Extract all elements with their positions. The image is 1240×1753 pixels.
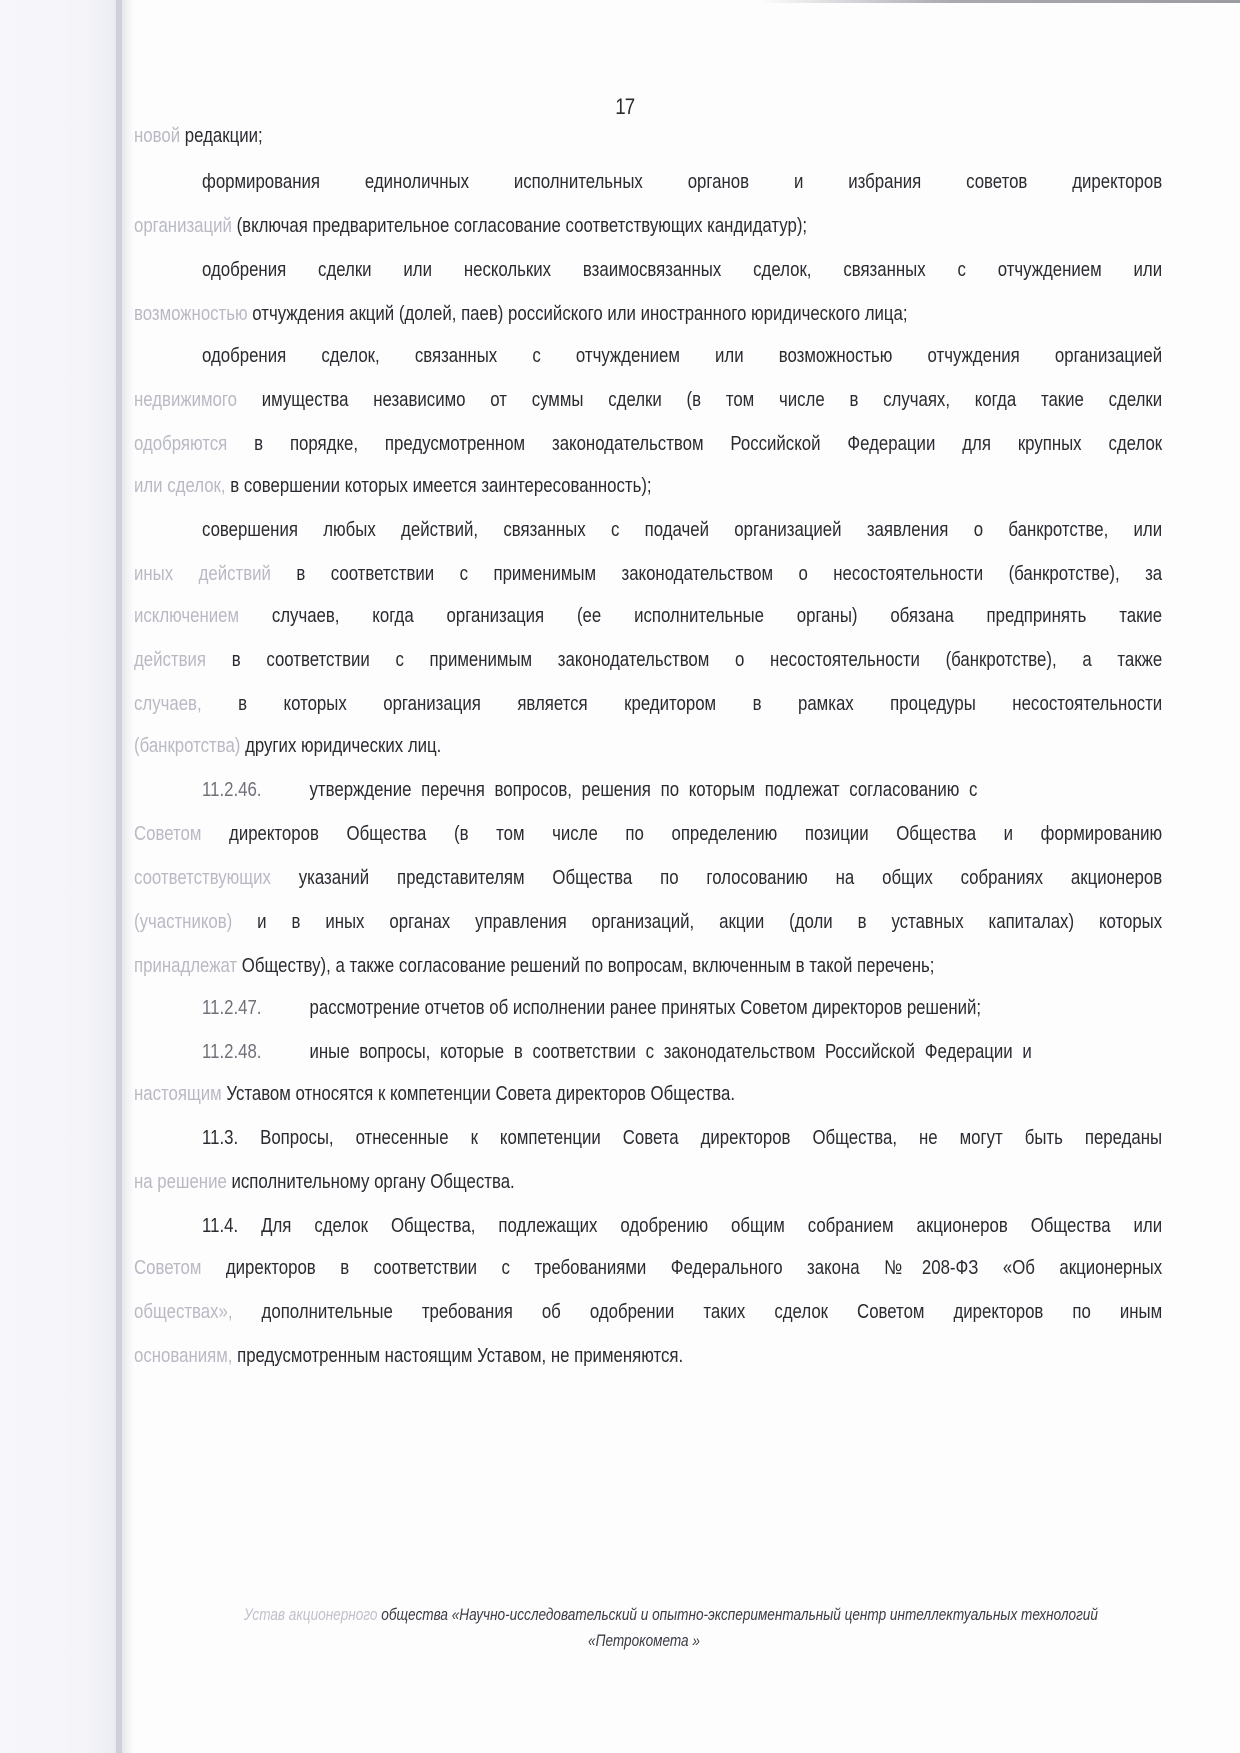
faded-text: исключением (134, 605, 239, 627)
line-text: в которых организация является кредиторо… (202, 693, 1163, 715)
faded-text: недвижимого (134, 389, 237, 411)
faded-text: иных действий (134, 563, 271, 585)
text-line: обществах», дополнительные требования об… (134, 1300, 1162, 1324)
faded-text: или сделок, (134, 475, 226, 497)
text-line: или сделок, в совершении которых имеется… (134, 474, 998, 498)
line-text: редакции; (180, 125, 263, 147)
faded-text: одобряются (134, 433, 227, 455)
text-line: формирования единоличных исполнительных … (202, 170, 1162, 194)
line-text: иные вопросы, которые в соответствии с з… (310, 1041, 1032, 1063)
text-line: недвижимого имущества независимо от сумм… (134, 388, 1162, 412)
text-line: одобрения сделки или нескольких взаимосв… (202, 258, 1162, 282)
line-text: предусмотренным настоящим Уставом, не пр… (232, 1345, 683, 1367)
faded-text: действия (134, 649, 206, 671)
line-text: отчуждения акций (долей, паев) российско… (248, 303, 908, 325)
text-line: исключением случаев, когда организация (… (134, 604, 1162, 628)
line-text: директоров в соответствии с требованиями… (201, 1257, 1162, 1279)
text-line: соответствующих указаний представителям … (134, 866, 1162, 890)
line-text: совершения любых действий, связанных с п… (202, 519, 1162, 541)
text-line: Советом директоров в соответствии с треб… (134, 1256, 1162, 1280)
text-line: случаев, в которых организация является … (134, 692, 1162, 716)
faded-text: основаниям, (134, 1345, 232, 1367)
line-text: в порядке, предусмотренном законодательс… (227, 433, 1162, 455)
line-text: случаев, когда организация (ее исполните… (239, 605, 1162, 627)
faded-text: Советом (134, 1257, 201, 1279)
text-line: иных действий в соответствии с применимы… (134, 562, 1162, 586)
faded-text: Советом (134, 823, 201, 845)
text-line: принадлежат Обществу), а также согласова… (134, 954, 998, 978)
footer-line-2: «Петрокомета » (244, 1630, 1044, 1652)
footer-line-1: Устав акционерного общества «Научно-иссл… (244, 1604, 1044, 1626)
line-text: формирования единоличных исполнительных … (202, 171, 1162, 193)
clause-number: 11.2.46. (202, 778, 310, 802)
line-text: Обществу), а также согласование решений … (237, 955, 934, 977)
text-line: одобряются в порядке, предусмотренном за… (134, 432, 1162, 456)
line-text: в совершении которых имеется заинтересов… (226, 475, 652, 497)
clause-number: 11.2.48. (202, 1040, 310, 1064)
line-text: 11.4. Для сделок Общества, подлежащих од… (202, 1215, 1162, 1237)
line-text: дополнительные требования об одобрении т… (233, 1301, 1163, 1323)
line-text: в соответствии с применимым законодатель… (271, 563, 1162, 585)
line-text: других юридических лиц. (240, 735, 441, 757)
text-line: действия в соответствии с применимым зак… (134, 648, 1162, 672)
text-line: настоящим Уставом относятся к компетенци… (134, 1082, 998, 1106)
line-text: Уставом относятся к компетенции Совета д… (222, 1083, 735, 1105)
text-line: (банкротства) других юридических лиц. (134, 734, 998, 758)
page-number: 17 (98, 94, 1152, 120)
faded-text: (банкротства) (134, 735, 240, 757)
text-line: (участников) и в иных органах управления… (134, 910, 1162, 934)
text-line: на решение исполнительному органу Общест… (134, 1170, 998, 1194)
line-text: имущества независимо от суммы сделки (в … (237, 389, 1162, 411)
footer-line-1-faded: Устав акционерного (244, 1605, 377, 1624)
faded-text: на решение (134, 1171, 227, 1193)
faded-text: (участников) (134, 911, 232, 933)
line-text: 11.3. Вопросы, отнесенные к компетенции … (202, 1127, 1162, 1149)
faded-text: соответствующих (134, 867, 271, 889)
text-line: новой редакции; (134, 124, 998, 148)
line-text: одобрения сделок, связанных с отчуждение… (202, 345, 1162, 367)
text-line: возможностью отчуждения акций (долей, па… (134, 302, 998, 326)
line-text: указаний представителям Общества по голо… (271, 867, 1162, 889)
text-line: основаниям, предусмотренным настоящим Ус… (134, 1344, 998, 1368)
line-text: (включая предварительное согласование со… (232, 215, 807, 237)
text-line: 11.3. Вопросы, отнесенные к компетенции … (202, 1126, 1162, 1150)
document-page: 17 новой редакции;формирования единоличн… (0, 0, 1240, 1753)
text-line: 11.4. Для сделок Общества, подлежащих од… (202, 1214, 1162, 1238)
line-text: рассмотрение отчетов об исполнении ранее… (310, 997, 982, 1019)
line-text: в соответствии с применимым законодатель… (206, 649, 1162, 671)
text-line: 11.2.48.иные вопросы, которые в соответс… (202, 1040, 1066, 1064)
faded-text: случаев, (134, 693, 202, 715)
text-line: 11.2.46.утверждение перечня вопросов, ре… (202, 778, 1066, 802)
text-line: совершения любых действий, связанных с п… (202, 518, 1162, 542)
faded-text: возможностью (134, 303, 248, 325)
text-line: организаций (включая предварительное сог… (134, 214, 998, 238)
faded-text: новой (134, 125, 180, 147)
faded-text: обществах», (134, 1301, 233, 1323)
line-text: директоров Общества (в том числе по опре… (201, 823, 1162, 845)
faded-text: принадлежат (134, 955, 237, 977)
faded-text: организаций (134, 215, 232, 237)
text-line: одобрения сделок, связанных с отчуждение… (202, 344, 1162, 368)
text-line: Советом директоров Общества (в том числе… (134, 822, 1162, 846)
line-text: и в иных органах управления организаций,… (232, 911, 1162, 933)
line-text: исполнительному органу Общества. (227, 1171, 515, 1193)
footer-line-1-text: общества «Научно-исследовательский и опы… (377, 1605, 1097, 1624)
text-line: 11.2.47.рассмотрение отчетов об исполнен… (202, 996, 1066, 1020)
line-text: одобрения сделки или нескольких взаимосв… (202, 259, 1162, 281)
clause-number: 11.2.47. (202, 996, 310, 1020)
line-text: утверждение перечня вопросов, решения по… (310, 779, 978, 801)
faded-text: настоящим (134, 1083, 222, 1105)
